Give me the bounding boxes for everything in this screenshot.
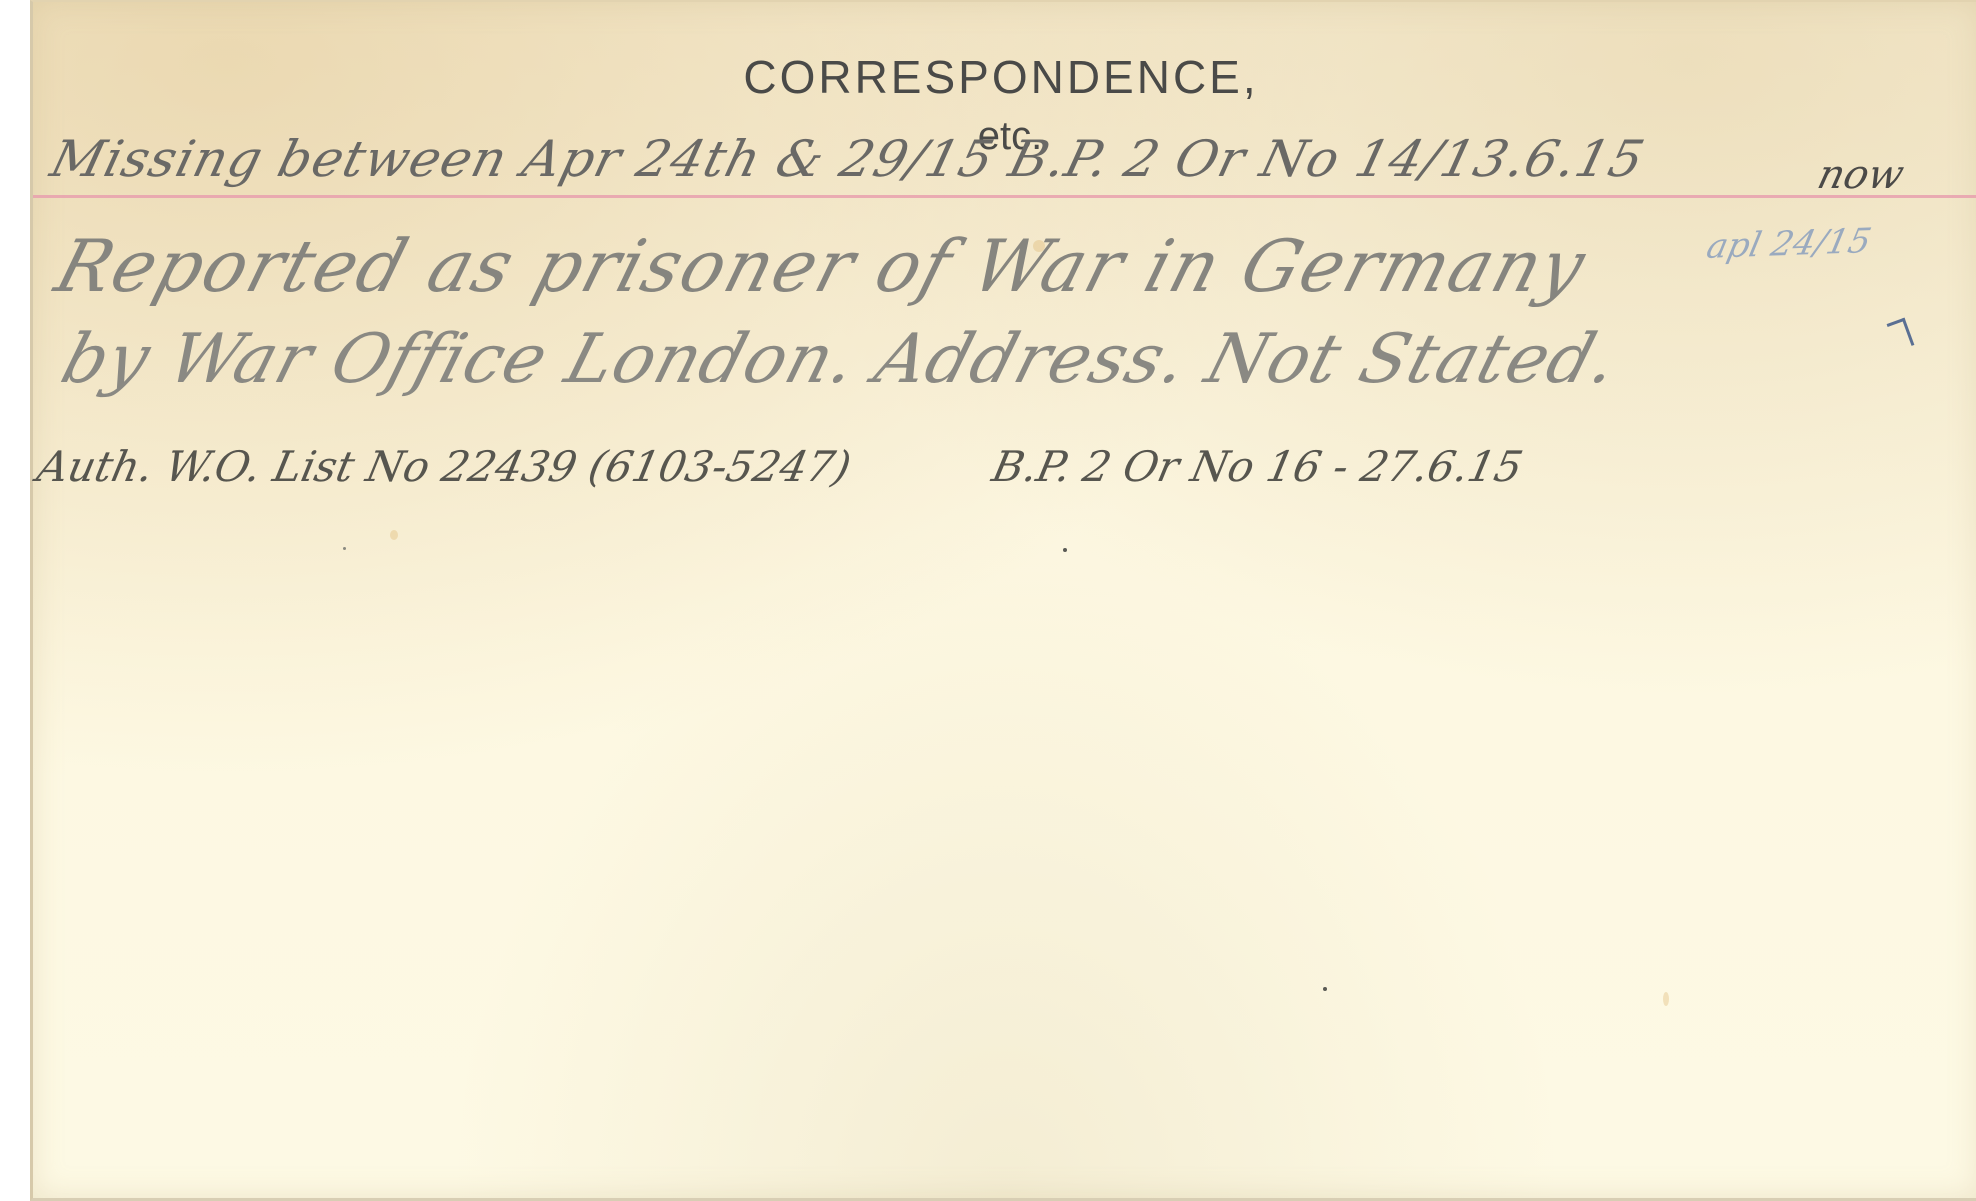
index-card: CORRESPONDENCE, etc. Missing between Apr… <box>30 0 1976 1200</box>
handwritten-entry-now: now <box>1813 152 1909 198</box>
handwritten-entry-missing: Missing between Apr 24th & 29/15 B.P. 2 … <box>45 130 1651 188</box>
handwritten-entry-war-office: by War Office London. Address. Not State… <box>53 320 1628 399</box>
insertion-caret-mark <box>1887 318 1915 352</box>
foxing-stain <box>390 530 398 540</box>
paper-speck <box>1323 987 1327 991</box>
paper-speck <box>343 547 346 550</box>
paper-speck <box>1063 548 1067 552</box>
card-header-title: CORRESPONDENCE, <box>28 50 1974 104</box>
foxing-stain <box>1033 240 1045 252</box>
foxing-stain <box>1663 992 1669 1006</box>
blue-pencil-annotation: apl 24/15 <box>1703 221 1875 267</box>
handwritten-entry-authority-list: Auth. W.O. List No 22439 (6103-5247) <box>33 442 855 491</box>
handwritten-entry-bp-reference: B.P. 2 Or No 16 - 27.6.15 <box>988 442 1527 491</box>
handwritten-entry-reported-pow: Reported as prisoner of War in Germany <box>47 224 1596 308</box>
red-ruled-line <box>33 195 1976 198</box>
